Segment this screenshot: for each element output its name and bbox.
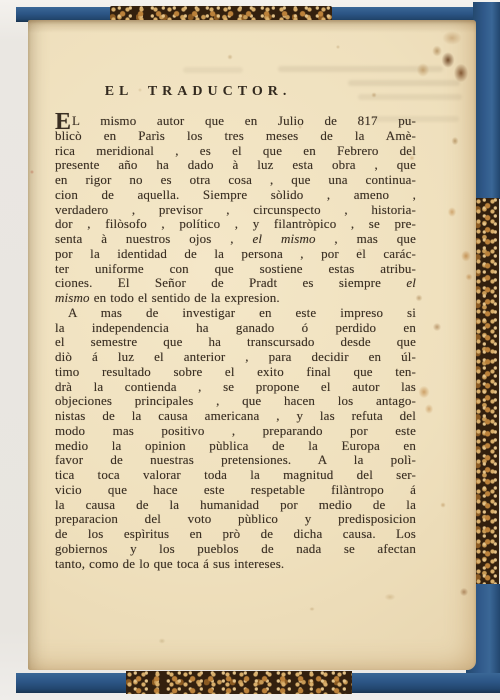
text-line: de los espìritus en prò de dicha causa. …	[55, 527, 416, 542]
book-page: EL TRADUCTOR. EL mismo autor que en Juli…	[28, 20, 476, 670]
text-line: presente año ha dado à luz esta obra , q…	[55, 158, 416, 173]
text-line: blicò en Parìs los tres meses de la Amè-	[55, 129, 416, 144]
text-line: A mas de investigar en este impreso si	[55, 306, 416, 321]
text-line: el semestre que ha transcursado desde qu…	[55, 335, 416, 350]
text-line: favor de nuestras pretensiones. A la pol…	[55, 453, 416, 468]
text-line: ciones. El Señor de Pradt es siempre el	[55, 276, 416, 291]
text-line: dor , filòsofo , político , y filantròpi…	[55, 217, 416, 232]
text-line: cion de aquella. Siempre sòlido , ameno …	[55, 188, 416, 203]
text-line: en rigor no es otra cosa , que una conti…	[55, 173, 416, 188]
body-text: EL mismo autor que en Julio de 817 pu-bl…	[55, 114, 416, 571]
text-line: rica meridional , es el que en Febrero d…	[55, 144, 416, 159]
text-line: senta à nuestros ojos , el mismo , mas q…	[55, 232, 416, 247]
text-line: ter uniforme con que sostiene estas atri…	[55, 262, 416, 277]
ghost-line	[183, 67, 243, 73]
text-line: EL mismo autor que en Julio de 817 pu-	[55, 114, 416, 129]
text-line: vicio que hace este respetable filàntrop…	[55, 483, 416, 498]
text-line: medio la opinion pùblica de la Europa en	[55, 439, 416, 454]
text-line: timo resultado sobre el exito final que …	[55, 365, 416, 380]
ghost-line	[278, 66, 443, 72]
cover-right-marbled	[475, 198, 499, 586]
page-title: EL TRADUCTOR.	[78, 84, 318, 100]
drop-cap: E	[55, 119, 71, 125]
text-line: verdadero , previsor , circunspecto , hi…	[55, 203, 416, 218]
text-line: tica toca valorar toda la magnitud del s…	[55, 468, 416, 483]
text-line: modo mas positivo , preparando por este	[55, 424, 416, 439]
text-line: nistas de la causa americana , y las ref…	[55, 409, 416, 424]
ghost-line	[348, 80, 460, 86]
text-line: objeciones principales , que hacen los a…	[55, 394, 416, 409]
ghost-line	[358, 94, 462, 100]
text-line: la causa de la humanidad por medio de la	[55, 498, 416, 513]
text-line: por la identidad de la persona , por el …	[55, 247, 416, 262]
book-bottom-edge-marbled	[126, 671, 352, 694]
cover-right-blue-top	[473, 2, 500, 199]
text-line: drà la contienda , se propone el autor l…	[55, 380, 416, 395]
text-line: gobiernos y los pueblos de nada se afect…	[55, 542, 416, 557]
text-line: preparacion del voto pùblico y predispos…	[55, 512, 416, 527]
book-top-edge-marbled	[110, 6, 332, 21]
text-line: la independencia ha ganado ó perdido en	[55, 321, 416, 336]
text-line: diò á luz el anterior , para decidir en …	[55, 350, 416, 365]
book-photograph: EL TRADUCTOR. EL mismo autor que en Juli…	[0, 0, 500, 700]
